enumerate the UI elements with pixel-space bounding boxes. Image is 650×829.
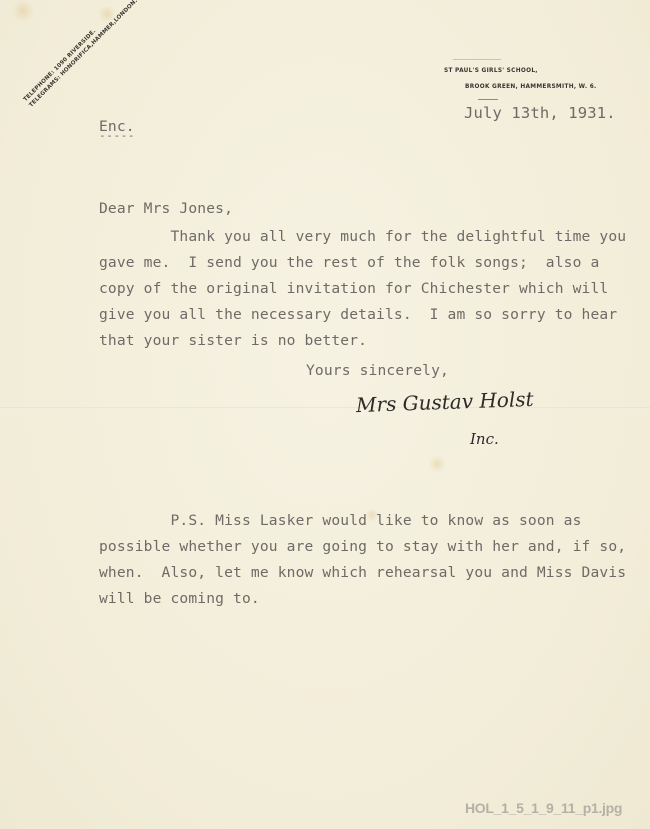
letterhead-rule-top <box>453 59 501 60</box>
signature-suffix: Inc. <box>470 430 499 448</box>
body-line: copy of the original invitation for Chic… <box>99 280 608 297</box>
postscript-line: P.S. Miss Lasker would like to know as s… <box>99 512 582 529</box>
age-spot <box>12 0 34 22</box>
letterhead-rule-bottom <box>478 99 498 100</box>
body-line: gave me. I send you the rest of the folk… <box>99 254 599 271</box>
file-name-label: HOL_1_5_1_9_11_p1.jpg <box>465 800 622 816</box>
body-line: Thank you all very much for the delightf… <box>99 228 626 245</box>
paper-fold-line <box>0 407 650 409</box>
enclosure-underline: ----- <box>99 129 135 142</box>
letter-paper <box>0 0 650 829</box>
body-line: give you all the necessary details. I am… <box>99 306 617 323</box>
letterhead-school-name: ST PAUL'S GIRLS' SCHOOL, <box>444 68 538 74</box>
postscript-line: when. Also, let me know which rehearsal … <box>99 564 626 581</box>
postscript-line: will be coming to. <box>99 590 260 607</box>
body-line: that your sister is no better. <box>99 332 367 349</box>
postscript-line: possible whether you are going to stay w… <box>99 538 626 555</box>
letterhead-school-address: BROOK GREEN, HAMMERSMITH, W. 6. <box>465 84 597 90</box>
age-spot <box>428 455 446 473</box>
letter-date: July 13th, 1931. <box>464 104 616 122</box>
closing: Yours sincerely, <box>306 362 449 379</box>
salutation: Dear Mrs Jones, <box>99 200 233 217</box>
